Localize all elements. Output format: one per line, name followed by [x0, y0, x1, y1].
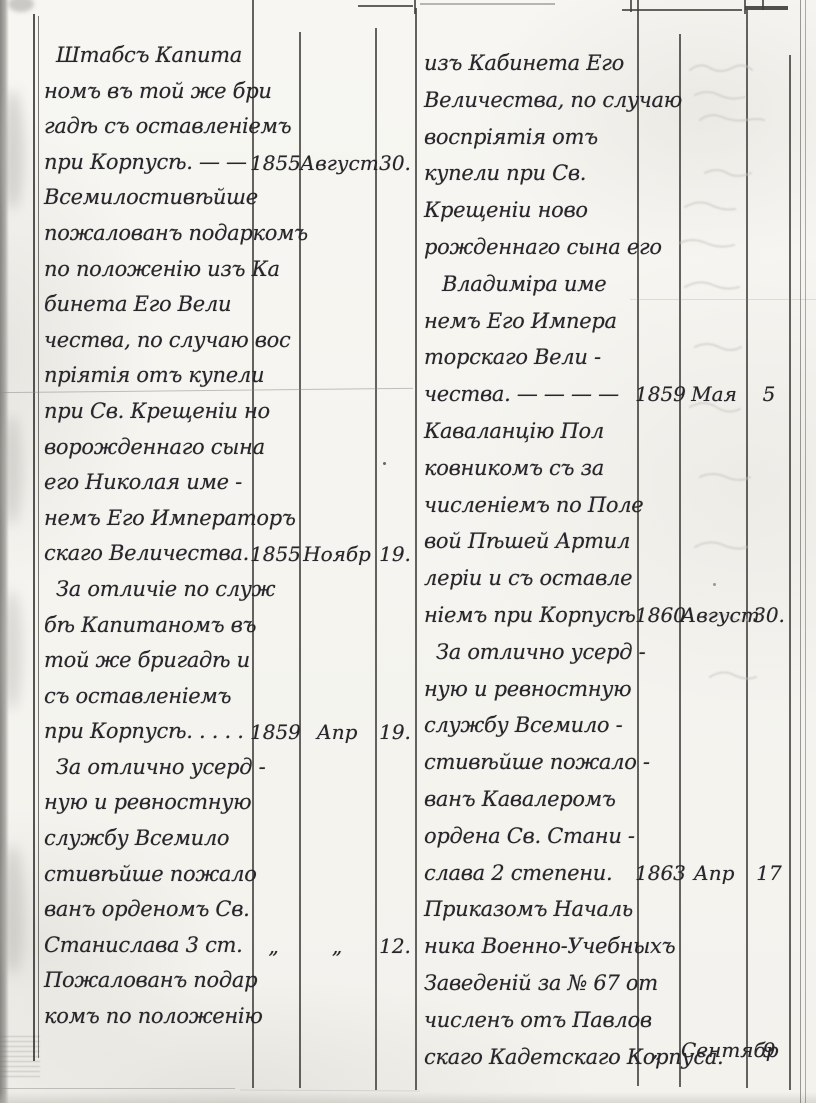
fold-crease-line — [0, 1088, 235, 1089]
scan-bottom-shading — [0, 1092, 816, 1103]
year-cell: 1859 — [250, 714, 297, 750]
manuscript-line: воспріятія отъ — [424, 119, 638, 156]
manuscript-line: гадѣ съ оставленіемъ — [44, 109, 250, 145]
day-cell: 30. — [375, 145, 415, 181]
manuscript-line: За отлично усерд - — [44, 750, 250, 786]
manuscript-line: по положенію изъ Ка — [44, 252, 250, 288]
manuscript-line: леріи и съ оставле — [424, 560, 638, 597]
day-cell: 19. — [375, 714, 415, 750]
manuscript-line: службу Всемило - — [424, 707, 638, 744]
manuscript-line: съ оставленіемъ — [44, 679, 250, 715]
scanned-manuscript-page: Штабсъ Капита номъ въ той же бри гадѣ съ… — [0, 0, 816, 1103]
manuscript-line: скаго Кадетскаго Корпуса. — [424, 1039, 638, 1076]
table-border-segment — [630, 0, 632, 12]
manuscript-line: бѣ Капитаномъ въ — [44, 608, 250, 644]
manuscript-line: при Корпусѣ. — — — [44, 145, 250, 181]
ink-speck — [383, 462, 386, 465]
manuscript-line: ніемъ при Корпусѣ — [424, 597, 638, 634]
column-rule — [415, 8, 417, 1090]
manuscript-line: вой Пѣшей Артил — [424, 523, 638, 560]
manuscript-line: ванъ Кавалеромъ — [424, 781, 638, 818]
manuscript-line: За отлично усерд - — [424, 634, 638, 671]
manuscript-line: торскаго Вели - — [424, 339, 638, 376]
scan-smudge — [2, 590, 22, 710]
manuscript-line: Владиміра име — [424, 266, 638, 303]
manuscript-line: немъ Его Императоръ — [44, 501, 250, 537]
day-cell: 12. — [375, 928, 415, 964]
column-rule — [33, 14, 35, 1061]
manuscript-line: слава 2 степени. — [424, 855, 638, 892]
table-border-segment — [762, 0, 764, 10]
month-cell: Мая — [681, 376, 747, 412]
day-cell: 30. — [748, 597, 790, 633]
year-cell: 1859 — [635, 376, 679, 412]
table-border-segment — [414, 0, 416, 14]
scan-smudge — [2, 415, 22, 525]
month-cell: Август — [681, 597, 747, 633]
day-cell: 19. — [375, 536, 415, 572]
manuscript-line: Величества, по случаю — [424, 82, 638, 119]
manuscript-line: немъ Его Импера — [424, 303, 638, 340]
year-cell: 1863 — [635, 855, 679, 891]
manuscript-line: ковникомъ съ за — [424, 450, 638, 487]
manuscript-line: бинета Его Вели — [44, 287, 250, 323]
manuscript-line: стивѣйше пожало — [44, 857, 250, 893]
scan-smudge — [2, 845, 24, 975]
manuscript-line: Штабсъ Капита — [44, 38, 250, 74]
manuscript-line: Всемилостивѣйше — [44, 180, 250, 216]
day-cell: 5 — [748, 376, 790, 412]
manuscript-line: скаго Величества. — [44, 536, 250, 572]
ink-speck — [713, 583, 716, 586]
manuscript-line: Станислава 3 ст. — [44, 928, 250, 964]
year-cell: 1855 — [250, 145, 297, 181]
manuscript-line: численіемъ по Поле — [424, 487, 638, 524]
manuscript-line: пожалованъ подаркомъ — [44, 216, 250, 252]
month-cell: „ — [300, 928, 374, 964]
day-cell: 17 — [748, 855, 790, 891]
manuscript-line: при Св. Крещеніи но — [44, 394, 250, 430]
manuscript-line: ную и ревностную — [424, 671, 638, 708]
manuscript-line: комъ по положенію — [44, 999, 250, 1035]
manuscript-line: чества, по случаю вос — [44, 323, 250, 359]
manuscript-line: Приказомъ Началь — [424, 891, 638, 928]
manuscript-line: пріятія отъ купели — [44, 358, 250, 394]
manuscript-line: ника Военно-Учебныхъ — [424, 928, 638, 965]
table-border-segment — [622, 9, 742, 11]
right-text-column: изъ Кабинета Его Величества, по случаю в… — [424, 45, 638, 1075]
manuscript-line: той же бригадѣ и — [44, 643, 250, 679]
manuscript-line: ворожденнаго сына — [44, 430, 250, 466]
scan-smudge — [2, 90, 24, 210]
scan-smudge — [8, 0, 34, 12]
table-border-segment — [358, 5, 413, 7]
day-cell: 9 — [748, 1032, 790, 1068]
manuscript-line: службу Всемило — [44, 821, 250, 857]
manuscript-line: ную и ревностную — [44, 785, 250, 821]
manuscript-line: ванъ орденомъ Св. — [44, 892, 250, 928]
year-cell: „ — [635, 1032, 679, 1068]
manuscript-line: рожденнаго сына его — [424, 229, 638, 266]
manuscript-line: изъ Кабинета Его — [424, 45, 638, 82]
year-cell: 1855 — [250, 536, 297, 572]
manuscript-line: его Николая име - — [44, 465, 250, 501]
manuscript-line: при Корпусѣ. . . . . — [44, 714, 250, 750]
manuscript-line: Пожалованъ подар — [44, 963, 250, 999]
month-cell: Апр — [681, 855, 747, 891]
manuscript-line: Заведеній за № 67 от — [424, 965, 638, 1002]
year-cell: „ — [250, 928, 297, 964]
year-cell: 1860 — [635, 597, 679, 633]
table-border-segment — [420, 3, 555, 5]
left-text-column: Штабсъ Капита номъ въ той же бри гадѣ съ… — [44, 38, 250, 1035]
month-cell: Ноябр — [300, 536, 374, 572]
manuscript-line: номъ въ той же бри — [44, 74, 250, 110]
month-cell: Апр — [300, 714, 374, 750]
month-cell: Сентябр — [681, 1032, 747, 1068]
manuscript-line: купели при Св. — [424, 155, 638, 192]
manuscript-line: Крещеніи ново — [424, 192, 638, 229]
manuscript-line: чества. — — — — — [424, 376, 638, 413]
manuscript-line: численъ отъ Павлов — [424, 1002, 638, 1039]
column-rule — [38, 16, 39, 1058]
manuscript-line: Каваланцію Пол — [424, 413, 638, 450]
month-cell: Август — [300, 145, 374, 181]
table-border-segment — [744, 0, 746, 14]
manuscript-line: За отличіе по служ — [44, 572, 250, 608]
table-border-segment — [745, 6, 788, 10]
manuscript-line: стивѣйше пожало - — [424, 744, 638, 781]
manuscript-line: ордена Св. Стани - — [424, 818, 638, 855]
